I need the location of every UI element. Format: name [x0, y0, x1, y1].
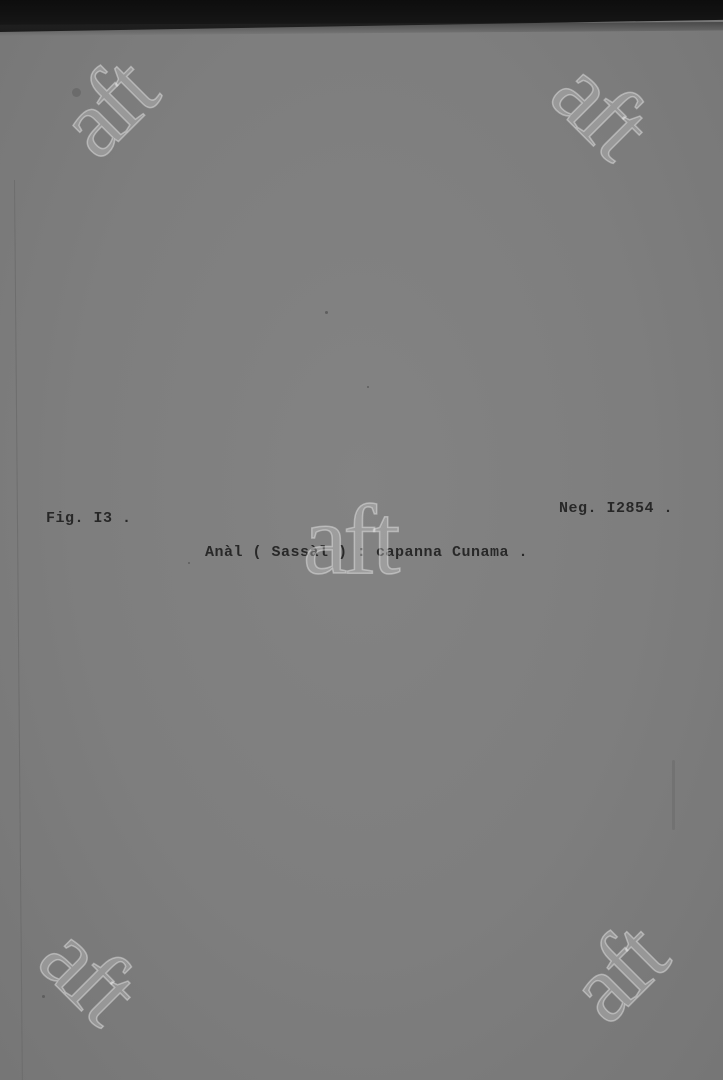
photo-caption: Anàl ( Sassàl ) : capanna Cunama . — [205, 544, 528, 561]
dust-speck — [188, 562, 190, 564]
figure-number: Fig. I3 . — [46, 510, 132, 527]
dust-speck — [367, 386, 369, 388]
negative-number: Neg. I2854 . — [559, 500, 673, 517]
scanned-card-background — [0, 0, 723, 1080]
paper-smudge — [672, 760, 675, 830]
dust-speck — [325, 311, 328, 314]
dust-speck — [42, 995, 45, 998]
dust-speck — [72, 88, 81, 97]
